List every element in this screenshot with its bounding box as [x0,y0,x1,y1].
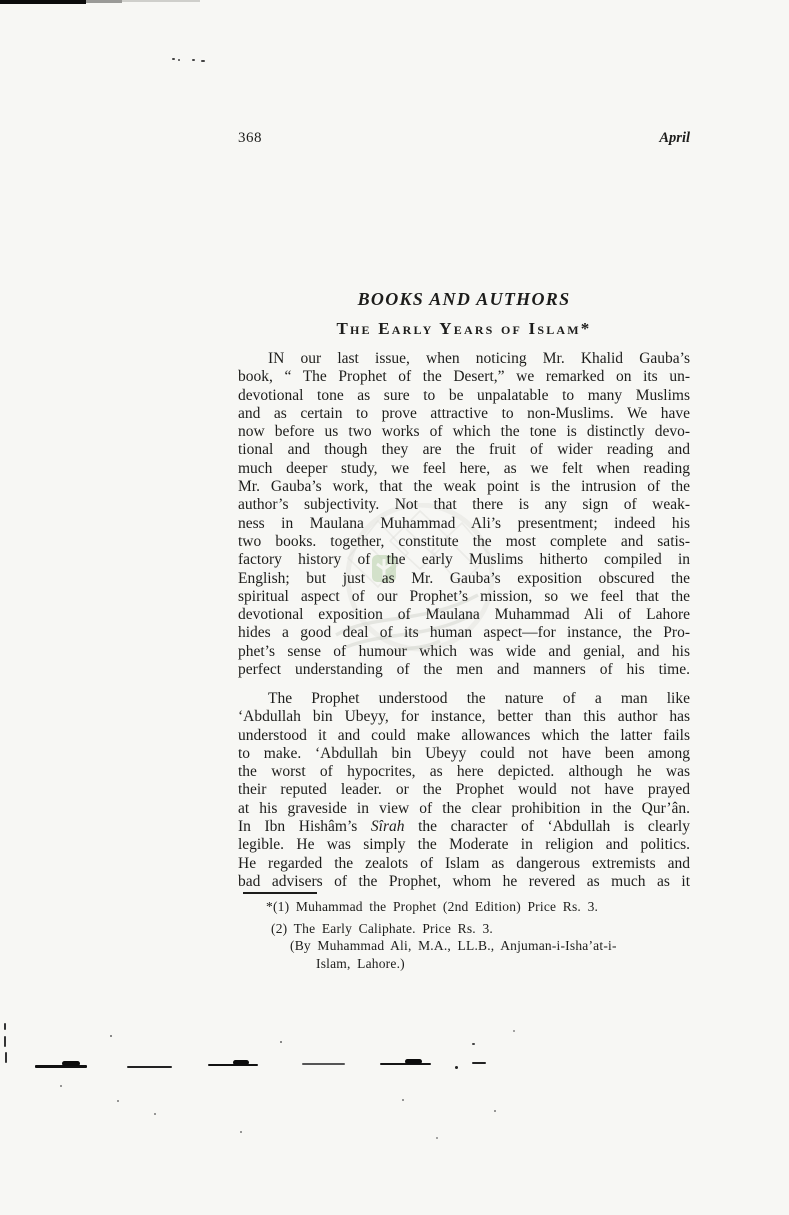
text-line: book, “ The Prophet of the Desert,” we r… [238,368,690,386]
article-title: BOOKS AND AUTHORS [238,289,690,310]
paragraph-2: The Prophet understood the nature of a m… [238,690,690,891]
scan-artifact-top-bar [0,0,86,4]
text-line: now before us two works of which the ton… [238,423,690,441]
text-line: at his graveside in view of the clear pr… [238,800,690,818]
scan-speck [5,1052,7,1063]
scan-speck [201,60,205,62]
text-line: bad advisers of the Prophet, whom he rev… [238,873,690,891]
scan-speck [472,1062,486,1064]
text-line: The Prophet understood the nature of a m… [238,690,690,708]
scanned-page: 368 April BOOKS AND AUTHORS The Early Ye… [0,0,789,1215]
running-header: 368 April [238,130,690,147]
footnotes: *(1) Muhammad the Prophet (2nd Edition) … [238,898,690,972]
scan-artifact-top-bar [86,0,122,3]
text-line: In Ibn Hishâm’s Sîrah the character of ‘… [238,818,690,836]
paragraph-1: IN our last issue, when noticing Mr. Kha… [238,350,690,679]
scan-speck [302,1063,345,1065]
text-line: *(1) Muhammad the Prophet (2nd Edition) … [266,898,690,915]
scan-speck [4,1023,6,1030]
scan-speck [62,1061,80,1066]
scan-speck [280,1041,282,1043]
scan-speck [402,1099,404,1101]
scan-speck [455,1066,458,1069]
text-line: two books. together, constitute the most… [238,533,690,551]
scan-speck [405,1059,422,1064]
scan-speck [436,1137,438,1139]
text-line: ‘Abdullah bin Ubeyy, for instance, bette… [238,708,690,726]
text-line: Islam, Lahore.) [316,955,690,972]
scan-speck [4,1036,6,1047]
scan-speck [513,1030,515,1032]
text-line: ness in Maulana Muhammad Ali’s presentme… [238,515,690,533]
scan-speck [110,1035,112,1037]
scan-speck [541,431,543,433]
text-line: devotional tone as sure to be unpalatabl… [238,387,690,405]
scan-speck [472,1043,475,1045]
text-line: much deeper study, we feel here, as we f… [238,460,690,478]
text-line: Mr. Gauba’s work, that the weak point is… [238,478,690,496]
text-line: their reputed leader. or the Prophet wou… [238,781,690,799]
text-line: spiritual aspect of our Prophet’s missio… [238,588,690,606]
scan-speck [494,1110,496,1112]
scan-artifact-top-bar [122,0,200,2]
footnote-rule [243,892,317,894]
text-line: factory history of the early Muslims hit… [238,551,690,569]
text-line: to make. ‘Abdullah bin Ubeyy could not h… [238,745,690,763]
scan-speck [127,1066,172,1068]
scan-speck [240,1131,242,1133]
text-line: the worst of hypocrites, as here depicte… [238,763,690,781]
text-line: He regarded the zealots of Islam as dang… [238,855,690,873]
text-line: devotional exposition of Maulana Muhamma… [238,606,690,624]
scan-speck [154,1113,156,1115]
scan-speck [172,58,175,60]
article-subtitle: The Early Years of Islam* [238,319,690,339]
scan-speck [178,59,180,61]
scan-speck [35,1065,87,1068]
text-line: understood it and could make allowances … [238,727,690,745]
text-line: author’s subjectivity. Not that there is… [238,496,690,514]
text-line: and as certain to prove attractive to no… [238,405,690,423]
text-line: IN our last issue, when noticing Mr. Kha… [238,350,690,368]
text-line: English; but just as Mr. Gauba’s exposit… [238,570,690,588]
issue-month: April [659,130,690,147]
text-line: phet’s sense of humour which was wide an… [238,643,690,661]
scan-speck [60,1085,62,1087]
text-line: tional and though they are the fruit of … [238,441,690,459]
scan-speck [117,1100,119,1102]
text-line: hides a good deal of its human aspect—fo… [238,624,690,642]
text-line: perfect understanding of the men and man… [238,661,690,679]
text-line: (By Muhammad Ali, M.A., LL.B., Anjuman-i… [290,937,690,954]
text-line: legible. He was simply the Moderate in r… [238,836,690,854]
scan-speck [192,59,195,61]
scan-speck [233,1060,249,1065]
text-line: (2) The Early Caliphate. Price Rs. 3. [271,920,690,937]
page-number: 368 [238,130,262,147]
